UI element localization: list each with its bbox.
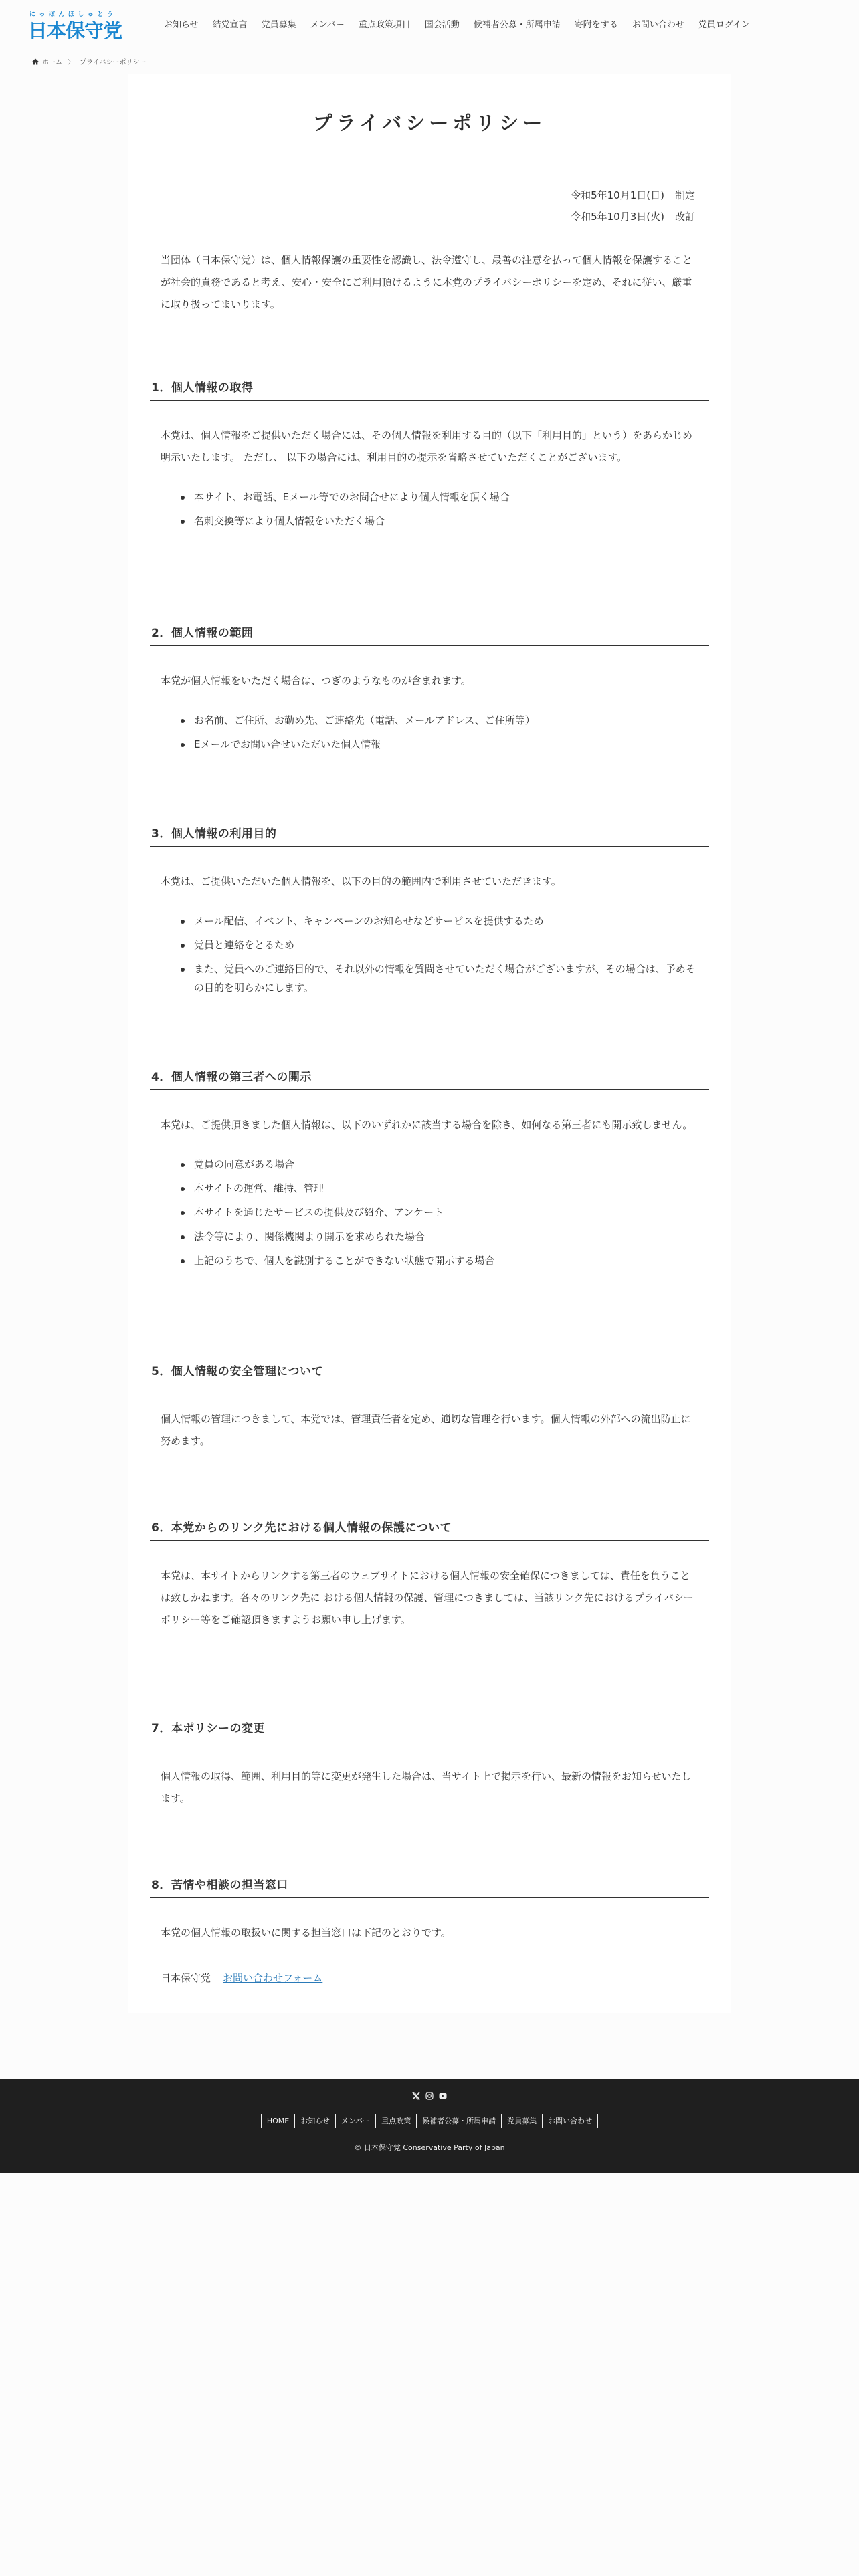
list-item: 本サイトの運営、維持、管理	[177, 1179, 698, 1198]
list-item: 上記のうちで、個人を識別することができない状態で開示する場合	[177, 1251, 698, 1270]
contact-form-link[interactable]: お問い合わせフォーム	[223, 1972, 322, 1984]
section-heading: 3．個人情報の利用目的	[150, 824, 709, 847]
list-item: 党員と連絡をとるため	[177, 936, 698, 954]
social-links	[0, 2091, 859, 2101]
footer-link-contact[interactable]: お問い合わせ	[542, 2114, 598, 2128]
section-list: メール配信、イベント、キャンペーンのお知らせなどサービスを提供するため 党員と連…	[177, 911, 709, 997]
section-policy-changes: 7．本ポリシーの変更 個人情報の取得、範囲、利用目的等に変更が発生した場合は、当…	[150, 1719, 709, 1810]
section-body: 本党は、ご提供頂きました個人情報は、以下のいずれかに該当する場合を除き、如何なる…	[161, 1114, 700, 1136]
list-item: 本サイト、お電話、Eメール等でのお問合せにより個人情報を頂く場合	[177, 488, 698, 506]
youtube-icon[interactable]	[439, 2091, 447, 2101]
copyright: © 日本保守党 Conservative Party of Japan	[0, 2142, 859, 2153]
section-body: 本党の個人情報の取扱いに関する担当窓口は下記のとおりです。	[161, 1922, 700, 1944]
logo-text: 日本保守党	[28, 16, 122, 43]
nav-item-members[interactable]: メンバー	[310, 17, 345, 30]
footer-link-home[interactable]: HOME	[261, 2114, 294, 2128]
section-body: 本党は、本サイトからリンクする第三者のウェブサイトにおける個人情報の安全確保につ…	[161, 1565, 700, 1631]
section-contact-window: 8．苦情や相談の担当窓口 本党の個人情報の取扱いに関する担当窓口は下記のとおりで…	[150, 1875, 709, 1985]
list-item: メール配信、イベント、キャンペーンのお知らせなどサービスを提供するため	[177, 911, 698, 930]
section-heading: 2．個人情報の範囲	[150, 623, 709, 646]
section-security: 5．個人情報の安全管理について 個人情報の管理につきまして、本党では、管理責任者…	[150, 1362, 709, 1453]
section-body: 個人情報の管理につきまして、本党では、管理責任者を定め、適切な管理を行います。個…	[161, 1408, 700, 1453]
section-list: 本サイト、お電話、Eメール等でのお問合せにより個人情報を頂く場合 名刺交換等によ…	[177, 488, 709, 530]
section-purpose: 3．個人情報の利用目的 本党は、ご提供いただいた個人情報を、以下の目的の範囲内で…	[150, 824, 709, 1002]
footer-link-news[interactable]: お知らせ	[294, 2114, 335, 2128]
section-list: お名前、ご住所、お勤め先、ご連絡先（電話、メールアドレス、ご住所等） Eメールで…	[177, 711, 709, 754]
content-panel: プライバシーポリシー 令和5年10月1日(日)制定 令和5年10月3日(火)改訂…	[128, 74, 731, 2013]
site-footer: HOME お知らせ メンバー 重点政策 候補者公募・所属申請 党員募集 お問い合…	[0, 2079, 859, 2173]
list-item: また、党員へのご連絡目的で、それ以外の情報を質問させていただく場合がございますが…	[177, 960, 698, 997]
list-item: Eメールでお問い合せいただいた個人情報	[177, 735, 698, 754]
section-body: 本党が個人情報をいただく場合は、つぎのようなものが含まれます。	[161, 670, 700, 692]
list-item: 党員の同意がある場合	[177, 1155, 698, 1174]
contact-line: 日本保守党お問い合わせフォーム	[161, 1971, 709, 1985]
date-value: 令和5年10月1日(日)	[571, 189, 664, 201]
contact-org: 日本保守党	[161, 1972, 211, 1984]
date-established: 令和5年10月1日(日)制定	[571, 185, 695, 206]
breadcrumb-current: プライバシーポリシー	[80, 56, 147, 66]
section-body: 本党は、ご提供いただいた個人情報を、以下の目的の範囲内で利用させていただきます。	[161, 871, 700, 893]
site-header: にっぽんほしゅとう 日本保守党 お知らせ 結党宣言 党員募集 メンバー 重点政策…	[0, 0, 859, 47]
section-body: 本党は、個人情報をご提供いただく場合には、その個人情報を利用する目的（以下「利用…	[161, 425, 700, 469]
list-item: 法令等により、関係機関より開示を求められた場合	[177, 1227, 698, 1246]
section-heading: 4．個人情報の第三者への開示	[150, 1067, 709, 1090]
revision-dates: 令和5年10月1日(日)制定 令和5年10月3日(火)改訂	[571, 185, 695, 227]
section-external-links: 6．本党からのリンク先における個人情報の保護について 本党は、本サイトからリンク…	[150, 1518, 709, 1631]
section-heading: 8．苦情や相談の担当窓口	[150, 1875, 709, 1898]
section-list: 党員の同意がある場合 本サイトの運営、維持、管理 本サイトを通じたサービスの提供…	[177, 1155, 709, 1270]
site-logo[interactable]: にっぽんほしゅとう 日本保守党	[28, 9, 128, 39]
page-title: プライバシーポリシー	[128, 108, 731, 136]
list-item: お名前、ご住所、お勤め先、ご連絡先（電話、メールアドレス、ご住所等）	[177, 711, 698, 730]
nav-item-policy[interactable]: 重点政策項目	[359, 17, 411, 30]
nav-item-news[interactable]: お知らせ	[164, 17, 199, 30]
instagram-icon[interactable]	[425, 2091, 434, 2101]
section-disclosure: 4．個人情報の第三者への開示 本党は、ご提供頂きました個人情報は、以下のいずれか…	[150, 1067, 709, 1275]
section-heading: 6．本党からのリンク先における個人情報の保護について	[150, 1518, 709, 1541]
nav-item-candidates[interactable]: 候補者公募・所属申請	[474, 17, 561, 30]
nav-item-donate[interactable]: 寄附をする	[575, 17, 618, 30]
nav-item-recruit[interactable]: 党員募集	[262, 17, 296, 30]
footer-link-candidates[interactable]: 候補者公募・所属申請	[416, 2114, 501, 2128]
section-acquisition: 1．個人情報の取得 本党は、個人情報をご提供いただく場合には、その個人情報を利用…	[150, 378, 709, 536]
intro-paragraph: 当団体（日本保守党）は、個人情報保護の重要性を認識し、法令遵守し、最善の注意を払…	[161, 249, 696, 316]
breadcrumb: ホーム 〉 プライバシーポリシー	[32, 56, 147, 66]
date-label: 制定	[675, 189, 695, 201]
nav-item-contact[interactable]: お問い合わせ	[632, 17, 684, 30]
section-heading: 5．個人情報の安全管理について	[150, 1362, 709, 1384]
x-icon[interactable]	[412, 2091, 420, 2101]
footer-link-recruit[interactable]: 党員募集	[501, 2114, 542, 2128]
section-body: 個人情報の取得、範囲、利用目的等に変更が発生した場合は、当サイト上で掲示を行い、…	[161, 1765, 700, 1810]
footer-link-policy[interactable]: 重点政策	[375, 2114, 416, 2128]
main-nav: お知らせ 結党宣言 党員募集 メンバー 重点政策項目 国会活動 候補者公募・所属…	[164, 17, 750, 30]
date-value: 令和5年10月3日(火)	[571, 211, 664, 223]
nav-item-declaration[interactable]: 結党宣言	[213, 17, 248, 30]
section-heading: 7．本ポリシーの変更	[150, 1719, 709, 1741]
date-label: 改訂	[675, 211, 695, 223]
chevron-right-icon: 〉	[68, 56, 74, 66]
list-item: 名刺交換等により個人情報をいただく場合	[177, 512, 698, 530]
nav-item-login[interactable]: 党員ログイン	[698, 17, 750, 30]
breadcrumb-home[interactable]: ホーム	[42, 56, 62, 66]
footer-link-members[interactable]: メンバー	[335, 2114, 375, 2128]
date-revised: 令和5年10月3日(火)改訂	[571, 206, 695, 227]
section-heading: 1．個人情報の取得	[150, 378, 709, 401]
section-scope: 2．個人情報の範囲 本党が個人情報をいただく場合は、つぎのようなものが含まれます…	[150, 623, 709, 759]
nav-item-diet[interactable]: 国会活動	[425, 17, 460, 30]
list-item: 本サイトを通じたサービスの提供及び紹介、アンケート	[177, 1203, 698, 1222]
footer-nav: HOME お知らせ メンバー 重点政策 候補者公募・所属申請 党員募集 お問い合…	[0, 2114, 859, 2128]
home-icon	[32, 58, 39, 65]
